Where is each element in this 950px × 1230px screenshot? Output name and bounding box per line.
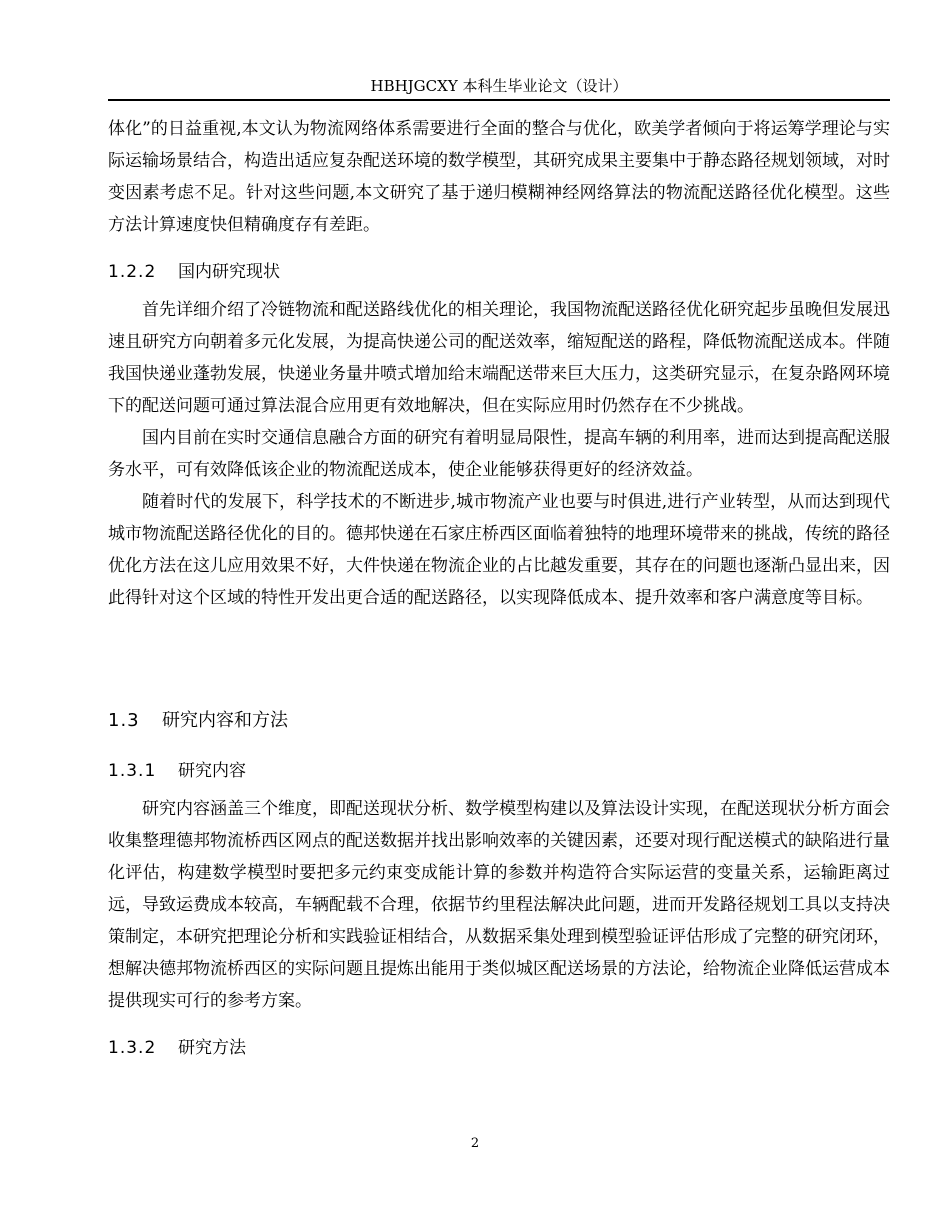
page-number: 2 bbox=[0, 1136, 950, 1151]
section-body-1-2-2: 首先详细介绍了冷链物流和配送路线优化的相关理论，我国物流配送路径优化研究起步虽晚… bbox=[108, 294, 890, 614]
section-heading-1-3-2: 1.3.2研究方法 bbox=[108, 1036, 890, 1060]
section-heading-1-3: 1.3研究内容和方法 bbox=[108, 708, 890, 734]
paragraph: 体化”的日益重视,本文认为物流网络体系需要进行全面的整合与优化，欧美学者倾向于将… bbox=[108, 113, 890, 241]
section-number: 1.3.1 bbox=[108, 759, 178, 783]
paragraph: 研究内容涵盖三个维度，即配送现状分析、数学模型构建以及算法设计实现，在配送现状分… bbox=[108, 793, 890, 1017]
document-page: HBHJGCXY 本科生毕业论文（设计） 体化”的日益重视,本文认为物流网络体系… bbox=[0, 0, 950, 1230]
section-title: 研究内容和方法 bbox=[162, 710, 288, 731]
section-body-1-3-1: 研究内容涵盖三个维度，即配送现状分析、数学模型构建以及算法设计实现，在配送现状分… bbox=[108, 793, 890, 1017]
section-title: 研究内容 bbox=[178, 761, 246, 781]
running-header: HBHJGCXY 本科生毕业论文（设计） bbox=[108, 76, 890, 96]
section-number: 1.2.2 bbox=[108, 260, 178, 284]
section-heading-1-2-2: 1.2.2国内研究现状 bbox=[108, 260, 890, 284]
intro-continuation-block: 体化”的日益重视,本文认为物流网络体系需要进行全面的整合与优化，欧美学者倾向于将… bbox=[108, 113, 890, 241]
section-title: 国内研究现状 bbox=[178, 262, 280, 282]
paragraph: 首先详细介绍了冷链物流和配送路线优化的相关理论，我国物流配送路径优化研究起步虽晚… bbox=[108, 294, 890, 422]
section-number: 1.3 bbox=[108, 708, 162, 734]
section-heading-1-3-1: 1.3.1研究内容 bbox=[108, 759, 890, 783]
header-divider bbox=[108, 99, 890, 101]
paragraph: 国内目前在实时交通信息融合方面的研究有着明显局限性，提高车辆的利用率，进而达到提… bbox=[108, 422, 890, 486]
section-title: 研究方法 bbox=[178, 1038, 246, 1058]
section-number: 1.3.2 bbox=[108, 1036, 178, 1060]
paragraph: 随着时代的发展下，科学技术的不断进步,城市物流产业也要与时俱进,进行产业转型，从… bbox=[108, 486, 890, 614]
